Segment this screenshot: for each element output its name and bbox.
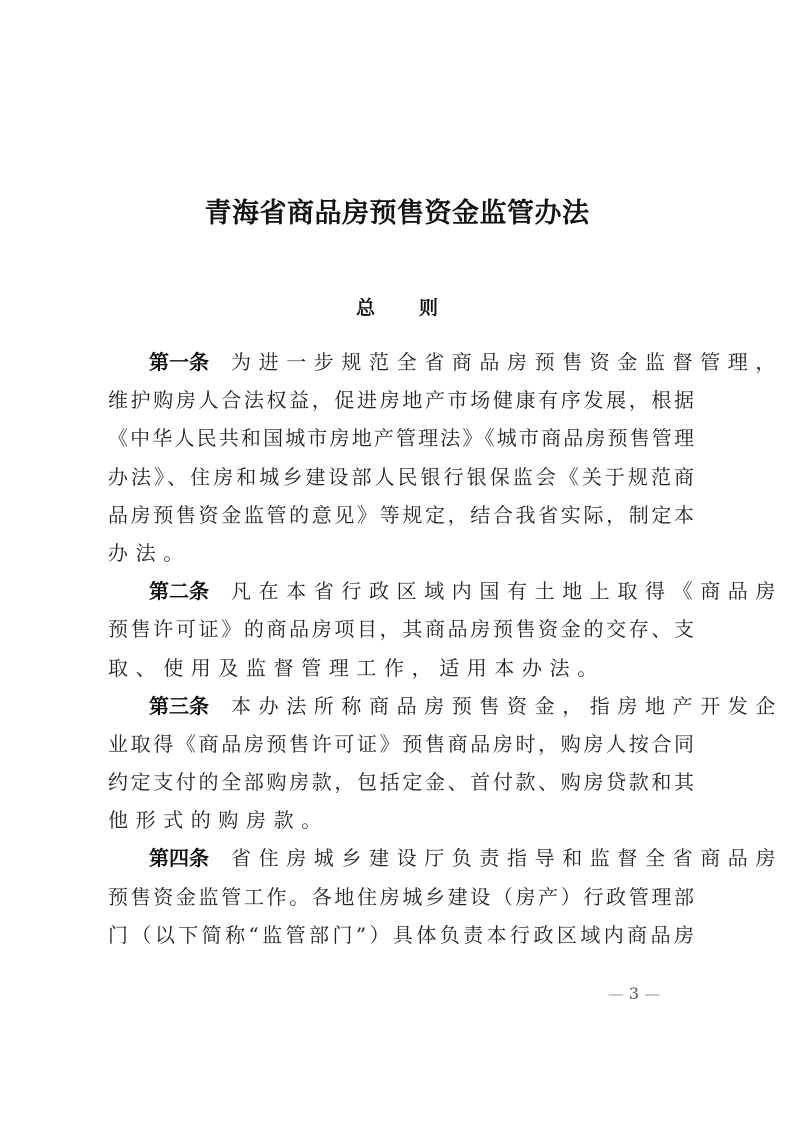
article-text: 为进一步规范全省商品房预售资金监督管理， — [231, 350, 783, 374]
article-3: 第三条本办法所称商品房预售资金，指房地产开发企 业取得《商品房预售许可证》预售商… — [108, 691, 694, 844]
article-line: 维护购房人合法权益，促进房地产市场健康有序发展，根据 — [108, 385, 694, 423]
article-line: 品房预售资金监管的意见》等规定，结合我省实际，制定本 — [108, 500, 694, 538]
article-label: 第二条 — [149, 579, 209, 603]
article-label: 第一条 — [149, 350, 209, 374]
article-line: 预售许可证》的商品房项目，其商品房预售资金的交存、支 — [108, 614, 694, 652]
article-line: 第二条凡在本省行政区域内国有土地上取得《商品房 — [108, 576, 694, 614]
article-line: 办法。 — [108, 538, 694, 576]
article-line: 第四条省住房城乡建设厅负责指导和监督全省商品房 — [108, 843, 694, 881]
article-1: 第一条为进一步规范全省商品房预售资金监督管理， 维护购房人合法权益，促进房地产市… — [108, 347, 694, 576]
page-number-dash-left: — — [608, 984, 624, 1003]
article-line: 取、使用及监督管理工作，适用本办法。 — [108, 653, 694, 691]
section-heading-part2: 则 — [419, 293, 438, 320]
document-page: 青海省商品房预售资金监管办法 总则 第一条为进一步规范全省商品房预售资金监督管理… — [0, 0, 794, 1123]
article-line: 《中华人民共和国城市房地产管理法》《城市商品房预售管理 — [108, 423, 694, 461]
page-number: — 3 — — [594, 984, 674, 1003]
page-number-dash-right: — — [644, 984, 660, 1003]
article-label: 第三条 — [149, 694, 209, 718]
document-body: 第一条为进一步规范全省商品房预售资金监督管理， 维护购房人合法权益，促进房地产市… — [108, 347, 694, 958]
article-text: 省住房城乡建设厅负责指导和监督全省商品房 — [231, 846, 783, 870]
article-line: 他形式的购房款。 — [108, 805, 694, 843]
article-4: 第四条省住房城乡建设厅负责指导和监督全省商品房 预售资金监管工作。各地住房城乡建… — [108, 843, 694, 958]
article-label: 第四条 — [149, 846, 209, 870]
article-line: 第三条本办法所称商品房预售资金，指房地产开发企 — [108, 691, 694, 729]
article-line: 约定支付的全部购房款，包括定金、首付款、购房贷款和其 — [108, 767, 694, 805]
article-2: 第二条凡在本省行政区域内国有土地上取得《商品房 预售许可证》的商品房项目，其商品… — [108, 576, 694, 691]
article-line: 预售资金监管工作。各地住房城乡建设（房产）行政管理部 — [108, 882, 694, 920]
section-heading-part1: 总 — [356, 293, 375, 320]
article-text: 本办法所称商品房预售资金，指房地产开发企 — [231, 694, 783, 718]
section-heading-general-provisions: 总则 — [0, 293, 794, 320]
article-line: 业取得《商品房预售许可证》预售商品房时，购房人按合同 — [108, 729, 694, 767]
article-line: 第一条为进一步规范全省商品房预售资金监督管理， — [108, 347, 694, 385]
article-line: 办法》、住房和城乡建设部人民银行银保监会《关于规范商 — [108, 462, 694, 500]
article-line: 门（以下简称“监管部门”）具体负责本行政区域内商品房 — [108, 920, 694, 958]
document-title: 青海省商品房预售资金监管办法 — [0, 191, 794, 230]
article-text: 凡在本省行政区域内国有土地上取得《商品房 — [231, 579, 783, 603]
page-number-value: 3 — [629, 984, 639, 1003]
